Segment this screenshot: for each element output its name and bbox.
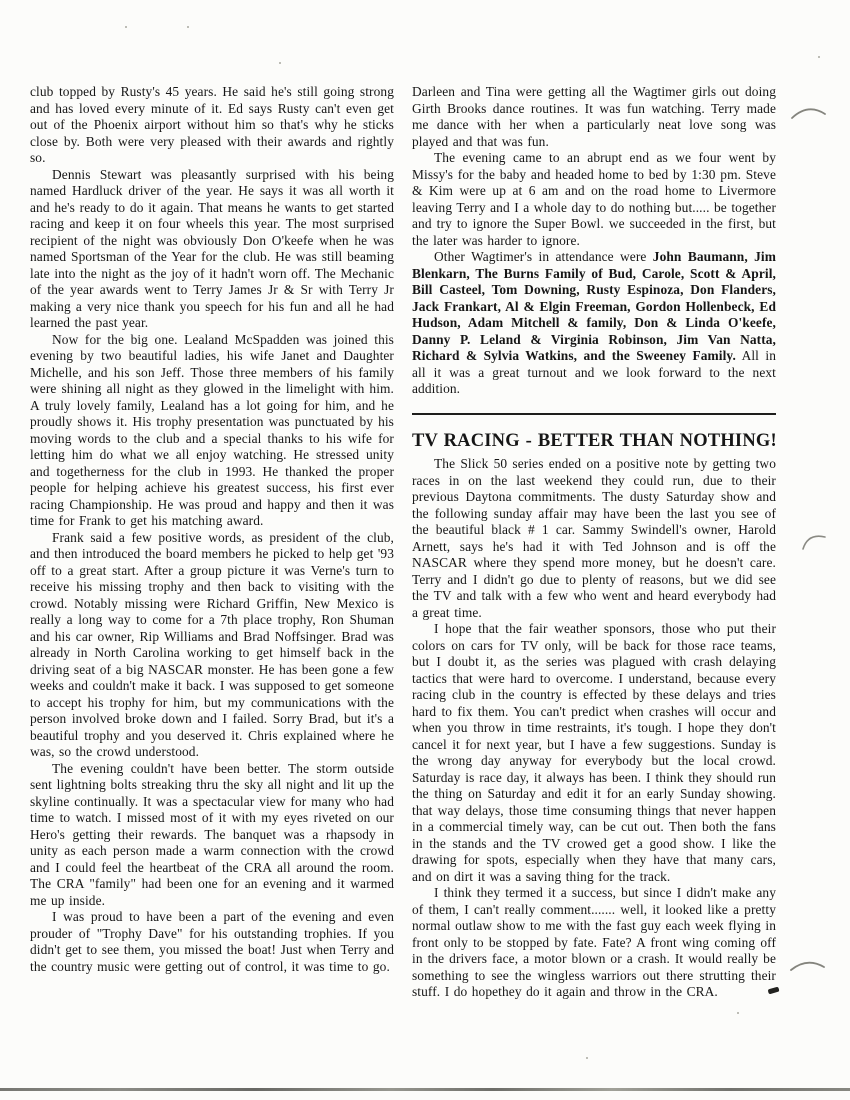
right-column: Darleen and Tina were getting all the Wa… [412,84,776,1001]
paragraph-text: I think they termed it a success, but si… [412,885,776,999]
paragraph-text: Dennis Stewart was pleasantly surprised … [30,167,394,331]
scan-curl-mark-middle [800,530,828,552]
scan-speck [737,1012,739,1014]
paragraph-text: The evening couldn't have been better. T… [30,761,394,908]
body-paragraph: Now for the big one. Lealand McSpadden w… [30,332,394,530]
body-paragraph: club topped by Rusty's 45 years. He said… [30,84,394,167]
body-paragraph: Dennis Stewart was pleasantly surprised … [30,167,394,332]
section-divider [412,413,776,416]
paragraph-text: Frank said a few positive words, as pres… [30,530,394,760]
body-paragraph: Other Wagtimer's in attendance were John… [412,249,776,398]
paragraph-text: Now for the big one. Lealand McSpadden w… [30,332,394,529]
newsletter-page: club topped by Rusty's 45 years. He said… [0,0,850,1100]
body-paragraph: Darleen and Tina were getting all the Wa… [412,84,776,150]
paragraph-text: Other Wagtimer's in attendance were [434,249,653,264]
body-paragraph: The Slick 50 series ended on a positive … [412,456,776,621]
scan-curl-mark-top [790,101,828,123]
paragraph-text: The evening came to an abrupt end as we … [412,150,776,248]
section-heading: TV RACING - BETTER THAN NOTHING! [412,431,776,452]
left-column: club topped by Rusty's 45 years. He said… [30,84,394,975]
attendee-names-bold: John Baumann, Jim Blenkarn, The Burns Fa… [412,249,776,363]
paragraph-text: I was proud to have been a part of the e… [30,909,394,974]
body-paragraph: I think they termed it a success, but si… [412,885,776,1001]
scan-speck [125,26,127,28]
page-edge-line [0,1088,850,1091]
paragraph-text: The Slick 50 series ended on a positive … [412,456,776,620]
paragraph-text: Darleen and Tina were getting all the Wa… [412,84,776,149]
scan-speck [279,62,281,64]
scan-speck [818,56,820,58]
body-paragraph: I hope that the fair weather sponsors, t… [412,621,776,885]
scan-speck [586,1057,588,1059]
body-paragraph: The evening couldn't have been better. T… [30,761,394,910]
scan-curl-mark-bottom [789,956,827,974]
body-paragraph: I was proud to have been a part of the e… [30,909,394,975]
paragraph-text: I hope that the fair weather sponsors, t… [412,621,776,884]
scan-speck [187,26,189,28]
body-paragraph: Frank said a few positive words, as pres… [30,530,394,761]
paragraph-text: club topped by Rusty's 45 years. He said… [30,84,394,165]
body-paragraph: The evening came to an abrupt end as we … [412,150,776,249]
